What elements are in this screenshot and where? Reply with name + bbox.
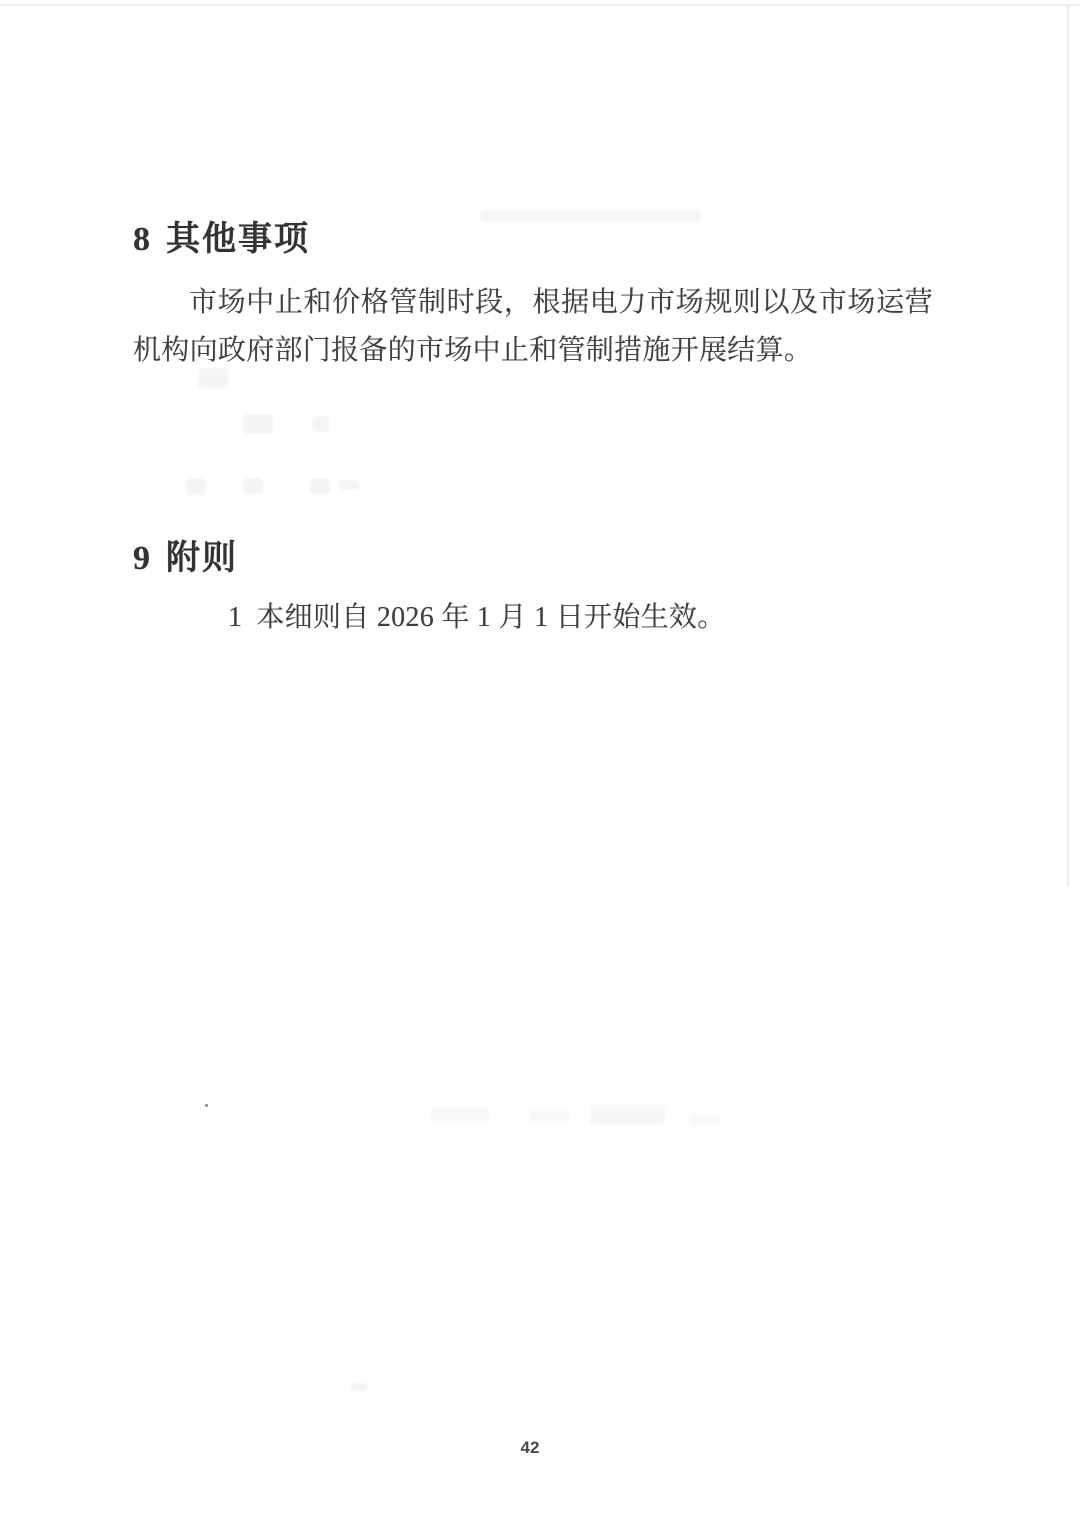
document-page: 8其他事项 市场中止和价格管制时段，根据电力市场规则以及市场运营机构向政府部门报… <box>0 0 1080 1528</box>
scan-artifact <box>243 414 273 434</box>
scan-artifact <box>338 480 360 490</box>
scan-edge-top <box>0 4 1080 6</box>
section-9-title: 附则 <box>166 539 238 577</box>
section-8-paragraph: 市场中止和价格管制时段，根据电力市场规则以及市场运营机构向政府部门报备的市场中止… <box>133 279 933 375</box>
section-8-number: 8 <box>133 221 150 258</box>
section-8-heading: 8其他事项 <box>133 216 310 263</box>
clause-number: 1 <box>228 602 242 633</box>
scan-artifact <box>243 478 263 494</box>
section-9-clause: 1本细则自 2026 年 1 月 1 日开始生效。 <box>133 598 953 638</box>
scan-edge-right <box>1067 6 1069 886</box>
section-9-heading: 9附则 <box>133 535 238 582</box>
scan-artifact <box>186 478 206 494</box>
scan-artifact <box>590 1105 665 1125</box>
section-9-number: 9 <box>133 540 150 577</box>
scan-artifact <box>310 478 330 494</box>
section-8-title: 其他事项 <box>166 220 310 258</box>
scan-artifact <box>530 1110 570 1122</box>
scan-artifact <box>430 1108 490 1122</box>
scan-speck <box>205 1104 208 1107</box>
clause-text: 本细则自 2026 年 1 月 1 日开始生效。 <box>256 602 725 633</box>
scan-artifact <box>312 416 330 432</box>
scan-artifact <box>350 1383 368 1391</box>
scan-artifact <box>198 368 228 388</box>
scan-artifact <box>480 210 700 222</box>
page-number: 42 <box>0 1438 1060 1458</box>
scan-artifact <box>690 1115 720 1125</box>
